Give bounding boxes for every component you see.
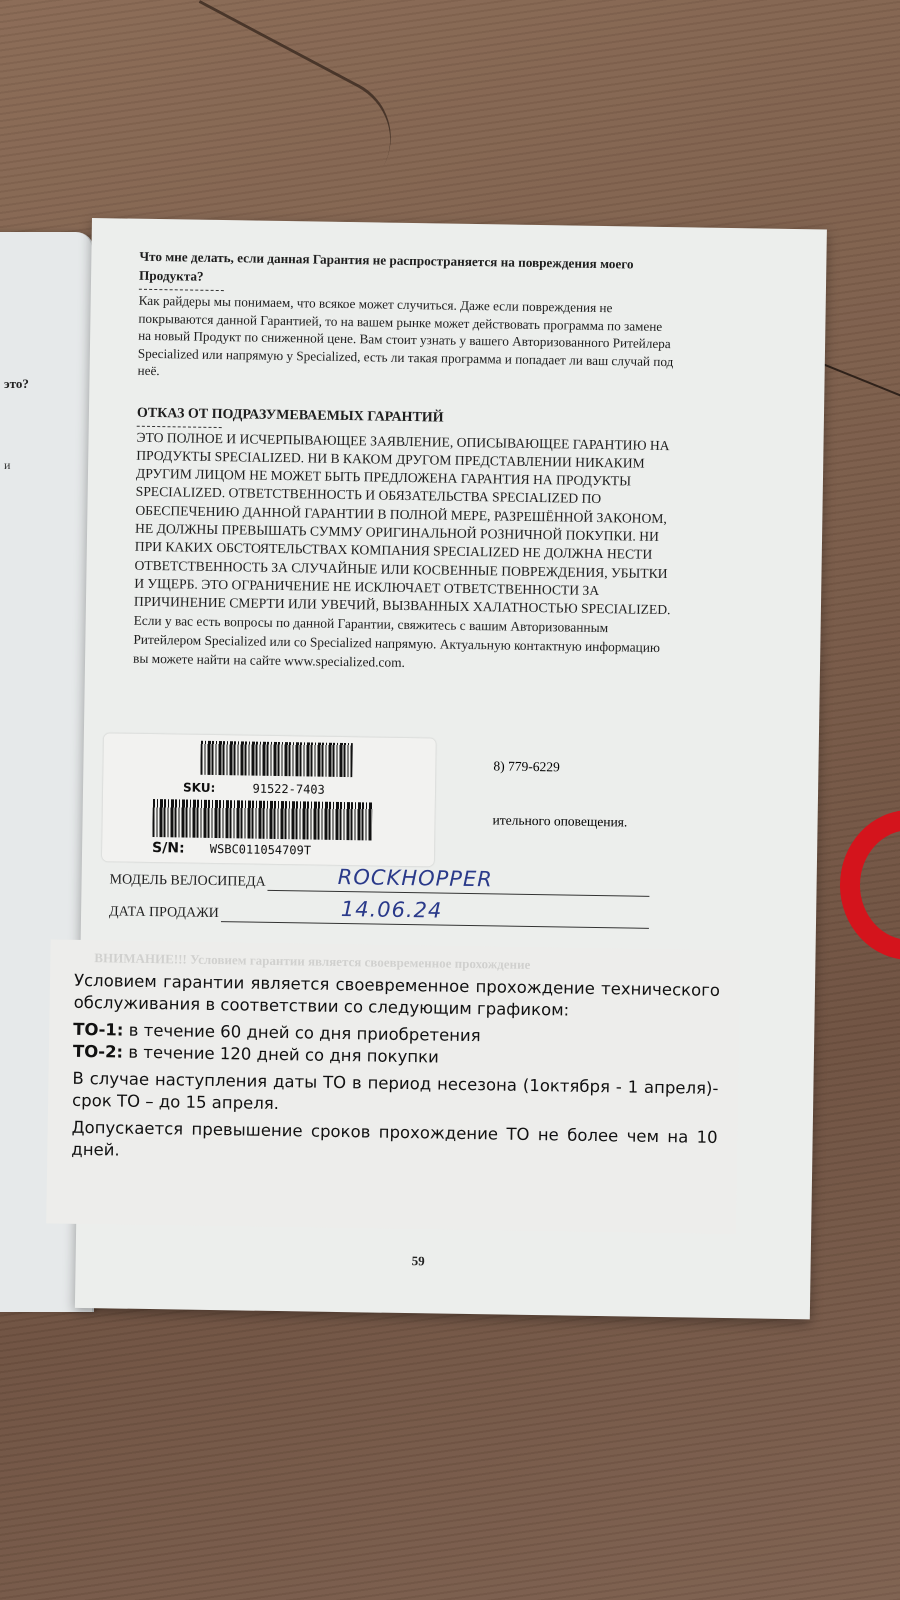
model-field: МОДЕЛЬ ВЕЛОСИПЕДА ROCKHOPPER	[109, 872, 649, 896]
left-page-fragment: это?	[4, 376, 29, 392]
barcode-icon	[200, 741, 353, 777]
to2-text: в течение 120 дней со дня покупки	[123, 1043, 439, 1067]
offseason-text: В случае наступления даты ТО в период не…	[72, 1068, 719, 1122]
divider	[139, 289, 224, 291]
date-label: ДАТА ПРОДАЖИ	[109, 904, 219, 922]
disclaimer-body: ЭТО ПОЛНОЕ И ИСЧЕРПЫВАЮЩЕЕ ЗАЯВЛЕНИЕ, ОП…	[134, 428, 677, 619]
date-field: ДАТА ПРОДАЖИ 14.06.24	[109, 904, 649, 928]
sku-label: SKU:	[183, 781, 215, 796]
contact-info: Если у вас есть вопросы по данной Гарант…	[133, 611, 674, 676]
service-intro: Условием гарантии является своевременное…	[73, 970, 720, 1024]
service-notice: Условием гарантии является своевременное…	[71, 970, 720, 1176]
page-content: Что мне делать, если данная Гарантия не …	[133, 247, 680, 677]
sn-value: WSBC011054709T	[210, 842, 311, 858]
model-value: ROCKHOPPER	[338, 865, 493, 891]
tolerance-text: Допускается превышение сроков прохождени…	[71, 1117, 718, 1171]
model-line: ROCKHOPPER	[268, 889, 650, 897]
to1-label: ТО-1:	[73, 1020, 124, 1040]
sn-line: S/N: WSBC011054709T	[152, 840, 311, 858]
left-page-fragment: и	[4, 458, 10, 473]
date-value: 14.06.24	[341, 897, 443, 923]
service-notice-overlay: ВНИМАНИЕ!!! Условием гарантии является с…	[46, 939, 740, 1234]
warranty-page: Что мне делать, если данная Гарантия не …	[75, 218, 827, 1319]
ghost-text: ВНИМАНИЕ!!! Условием гарантии является с…	[94, 950, 530, 973]
page-number: 59	[412, 1253, 425, 1269]
date-line: 14.06.24	[221, 920, 649, 929]
barcode-icon	[152, 799, 373, 840]
question-heading: Что мне делать, если данная Гарантия не …	[139, 247, 680, 293]
phone-fragment: 8) 779-6229	[493, 758, 560, 775]
sku-line: SKU: 91522-7403	[183, 781, 325, 797]
question-body: Как райдеры мы понимаем, что всякое може…	[137, 292, 678, 388]
red-object	[840, 810, 900, 960]
table-wood-crack	[128, 0, 412, 248]
to2-label: ТО-2:	[73, 1042, 124, 1062]
notice-fragment: ительного оповещения.	[492, 812, 627, 830]
sku-sticker: SKU: 91522-7403 S/N: WSBC011054709T	[102, 733, 436, 866]
model-label: МОДЕЛЬ ВЕЛОСИПЕДА	[109, 872, 265, 890]
divider	[137, 425, 222, 427]
sn-label: S/N:	[152, 840, 185, 857]
sku-value: 91522-7403	[252, 782, 324, 797]
